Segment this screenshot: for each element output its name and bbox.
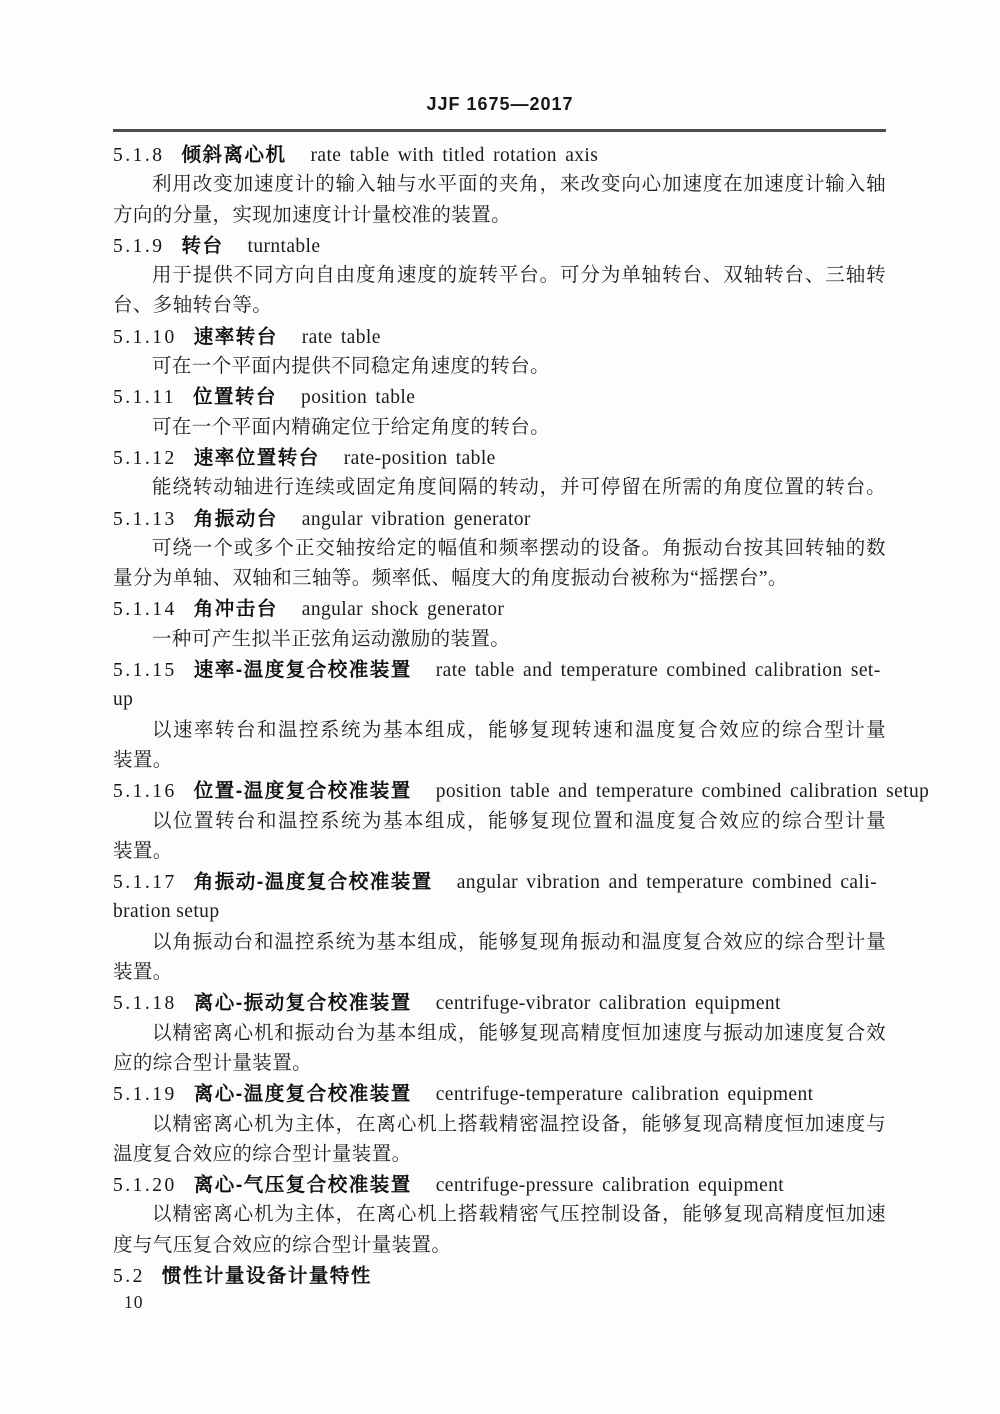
definition-line: 以位置转台和温控系统为基本组成，能够复现位置和温度复合效应的综合型计量 xyxy=(113,807,886,837)
term-en: angular vibration and temperature combin… xyxy=(457,872,877,893)
definition-line: 应的综合型计量装置。 xyxy=(113,1049,886,1079)
term-heading-5-1-14: 5.1.14角冲击台angular shock generator xyxy=(113,594,886,624)
definition-line: 以速率转台和温控系统为基本组成，能够复现转速和温度复合效应的综合型计量 xyxy=(113,716,886,746)
section-number: 5.1.15 xyxy=(113,660,177,681)
term-en: rate table and temperature combined cali… xyxy=(436,660,881,681)
definition-line: 以精密离心机为主体，在离心机上搭载精密气压控制设备，能够复现高精度恒加速 xyxy=(113,1200,886,1230)
term-en: position table and temperature combined … xyxy=(436,781,930,802)
term-heading-5-1-15: 5.1.15速率-温度复合校准装置rate table and temperat… xyxy=(113,655,886,685)
definition-line: 度与气压复合效应的综合型计量装置。 xyxy=(113,1231,886,1261)
definition-line: 利用改变加速度计的输入轴与水平面的夹角，来改变向心加速度在加速度计输入轴 xyxy=(113,170,886,200)
section-number: 5.1.16 xyxy=(113,781,177,802)
term-heading-5-1-8: 5.1.8倾斜离心机rate table with titled rotatio… xyxy=(113,140,886,170)
definition-line: 台、多轴转台等。 xyxy=(113,291,886,321)
definition-line: 以精密离心机和振动台为基本组成，能够复现高精度恒加速度与振动加速度复合效 xyxy=(113,1019,886,1049)
page-content: 5.1.8倾斜离心机rate table with titled rotatio… xyxy=(113,140,886,1291)
definition-line: 装置。 xyxy=(113,746,886,776)
term-zh: 角振动台 xyxy=(194,508,278,530)
term-zh: 离心-振动复合校准装置 xyxy=(194,992,412,1014)
doc-number-header: JJF 1675—2017 xyxy=(0,94,1000,115)
section-number: 5.1.9 xyxy=(113,236,165,257)
definition-line: 可在一个平面内提供不同稳定角速度的转台。 xyxy=(113,352,886,382)
definition-line: 装置。 xyxy=(113,837,886,867)
definition-line: 可绕一个或多个正交轴按给定的幅值和频率摆动的设备。角振动台按其回转轴的数 xyxy=(113,534,886,564)
section-number: 5.2 xyxy=(113,1266,145,1287)
term-zh: 速率-温度复合校准装置 xyxy=(194,659,412,681)
term-heading-5-1-13: 5.1.13角振动台angular vibration generator xyxy=(113,504,886,534)
definition-line: 能绕转动轴进行连续或固定角度间隔的转动，并可停留在所需的角度位置的转台。 xyxy=(113,473,886,503)
definition-line: 方向的分量，实现加速度计计量校准的装置。 xyxy=(113,201,886,231)
term-zh: 位置-温度复合校准装置 xyxy=(194,780,412,802)
term-en: centrifuge-vibrator calibration equipmen… xyxy=(436,993,781,1014)
definition-line: 以角振动台和温控系统为基本组成，能够复现角振动和温度复合效应的综合型计量 xyxy=(113,928,886,958)
page-number: 10 xyxy=(124,1292,144,1313)
document-page: JJF 1675—2017 5.1.8倾斜离心机rate table with … xyxy=(0,0,1000,1414)
header-rule xyxy=(113,129,886,132)
section-number: 5.1.18 xyxy=(113,993,177,1014)
term-en: rate table xyxy=(302,327,381,348)
definition-line: 可在一个平面内精确定位于给定角度的转台。 xyxy=(113,413,886,443)
term-heading-5-1-20: 5.1.20离心-气压复合校准装置centrifuge-pressure cal… xyxy=(113,1170,886,1200)
term-heading-5-1-16: 5.1.16位置-温度复合校准装置position table and temp… xyxy=(113,776,886,806)
term-zh: 转台 xyxy=(182,235,224,257)
section-number: 5.1.11 xyxy=(113,387,176,408)
term-zh: 倾斜离心机 xyxy=(182,144,287,166)
term-heading-5-1-12: 5.1.12速率位置转台rate-position table xyxy=(113,443,886,473)
definition-line: 量分为单轴、双轴和三轴等。频率低、幅度大的角度振动台被称为“摇摆台”。 xyxy=(113,564,886,594)
term-heading-5-1-18: 5.1.18离心-振动复合校准装置centrifuge-vibrator cal… xyxy=(113,988,886,1018)
definition-line: 装置。 xyxy=(113,958,886,988)
section-number: 5.1.10 xyxy=(113,327,177,348)
section-heading-5-2: 5.2惯性计量设备计量特性 xyxy=(113,1261,886,1291)
term-en: centrifuge-pressure calibration equipmen… xyxy=(436,1175,784,1196)
term-en: angular shock generator xyxy=(302,599,505,620)
term-heading-5-1-17: 5.1.17角振动-温度复合校准装置angular vibration and … xyxy=(113,867,886,897)
term-en: rate-position table xyxy=(344,448,496,469)
term-en-continuation: bration setup xyxy=(113,897,886,927)
section-number: 5.1.12 xyxy=(113,448,177,469)
section-number: 5.1.17 xyxy=(113,872,177,893)
term-heading-5-1-10: 5.1.10速率转台rate table xyxy=(113,322,886,352)
term-zh: 位置转台 xyxy=(193,386,277,408)
definition-line: 以精密离心机为主体，在离心机上搭载精密温控设备，能够复现高精度恒加速度与 xyxy=(113,1110,886,1140)
section-number: 5.1.8 xyxy=(113,145,165,166)
term-en-continuation: up xyxy=(113,685,886,715)
term-heading-5-1-19: 5.1.19离心-温度复合校准装置centrifuge-temperature … xyxy=(113,1079,886,1109)
definition-line: 用于提供不同方向自由度角速度的旋转平台。可分为单轴转台、双轴转台、三轴转 xyxy=(113,261,886,291)
definition-line: 温度复合效应的综合型计量装置。 xyxy=(113,1140,886,1170)
term-zh: 离心-温度复合校准装置 xyxy=(194,1083,412,1105)
section-number: 5.1.13 xyxy=(113,509,177,530)
term-en: position table xyxy=(301,387,415,408)
term-en: angular vibration generator xyxy=(302,509,531,530)
section-number: 5.1.20 xyxy=(113,1175,177,1196)
term-zh: 离心-气压复合校准装置 xyxy=(194,1174,412,1196)
section-title-zh: 惯性计量设备计量特性 xyxy=(162,1265,372,1287)
section-number: 5.1.14 xyxy=(113,599,177,620)
term-en: centrifuge-temperature calibration equip… xyxy=(436,1084,814,1105)
definition-line: 一种可产生拟半正弦角运动激励的装置。 xyxy=(113,625,886,655)
term-heading-5-1-11: 5.1.11位置转台position table xyxy=(113,382,886,412)
section-number: 5.1.19 xyxy=(113,1084,177,1105)
term-zh: 速率位置转台 xyxy=(194,447,320,469)
term-zh: 速率转台 xyxy=(194,326,278,348)
term-en: turntable xyxy=(248,236,321,257)
term-heading-5-1-9: 5.1.9转台turntable xyxy=(113,231,886,261)
term-en: rate table with titled rotation axis xyxy=(311,145,599,166)
term-zh: 角振动-温度复合校准装置 xyxy=(194,871,433,893)
term-zh: 角冲击台 xyxy=(194,598,278,620)
